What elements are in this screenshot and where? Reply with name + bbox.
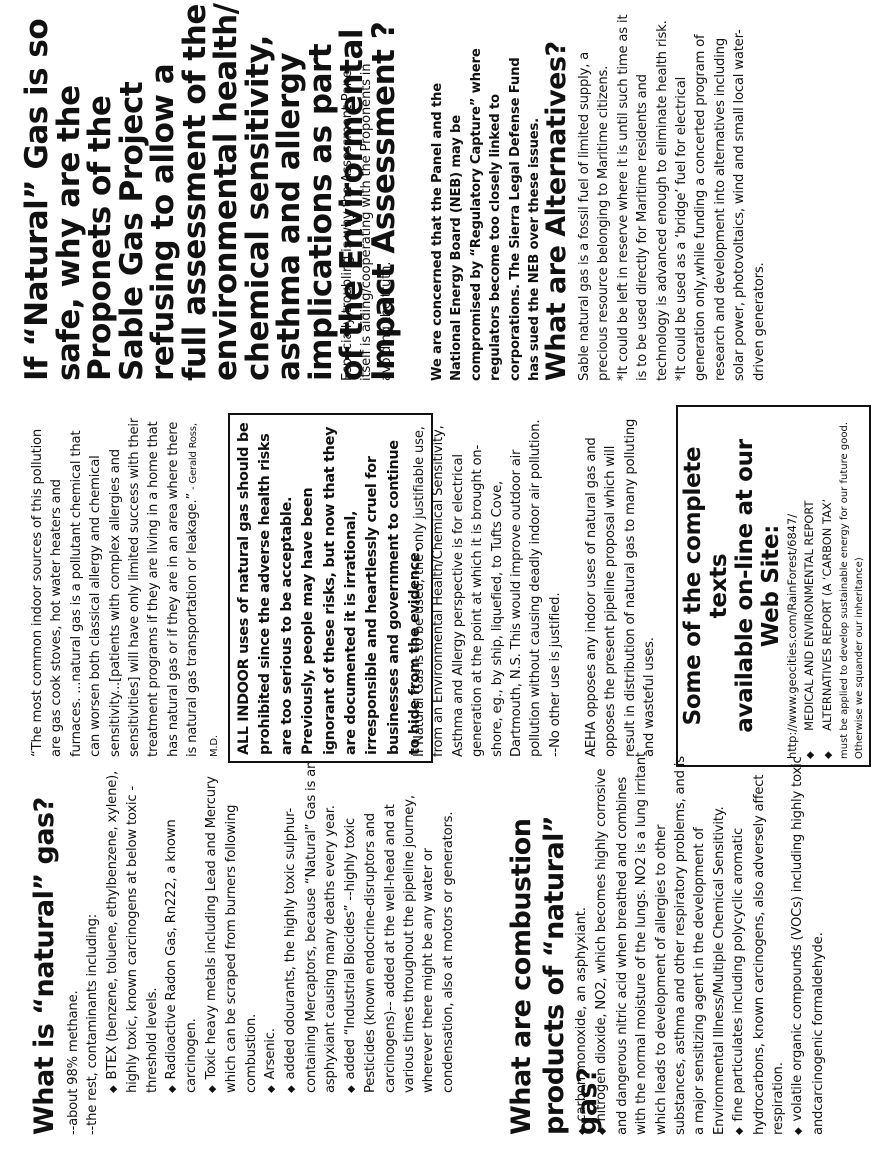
diamond-bullet-icon [802,745,816,759]
contaminant-item: Radioactive Radon Gas, Rn222, a known ca… [162,755,202,1135]
column-sable-project: If “Natural” Gas is so safe, why are the… [0,7,884,393]
website-info-box: Some of the complete textsavailable on-l… [676,405,871,767]
product-item: fine particulates including polycyclic a… [729,751,788,1135]
product-item: carbon monoxide, an asphyxiant. [572,751,592,1135]
alternatives-body: Sable natural gas is a fossil fuel of li… [575,11,769,381]
contaminant-item: added “Industrial Biocides” --highly tox… [341,755,458,1135]
regulatory-capture-paragraph: We are concerned that the Panel and the … [428,41,544,381]
heading-alternatives: What are Alternatives? [540,21,573,381]
diamond-bullet-icon [105,1080,120,1094]
alternatives-intro: Sable natural gas is a fossil fuel of li… [575,11,614,381]
diamond-bullet-icon [790,1122,805,1136]
justifiable-use-paragraph: If Natural Gas is to be used, the only j… [410,417,565,757]
diamond-bullet-icon [164,1080,179,1094]
alternative-point: *It could be used as a ‘bridge’ fuel for… [672,11,769,381]
aeha-position-paragraph: AEHA opposes any indoor uses of natural … [582,417,660,757]
website-url[interactable]: http://www.geocities.com/RainForest/6847… [784,413,801,759]
intro-list: --about 98% methane. --the rest, contami… [64,755,458,1135]
diamond-bullet-icon [343,1080,358,1094]
diamond-bullet-icon [283,1080,298,1094]
diamond-bullet-icon [820,745,834,759]
heading-what-is-natural-gas: What is “natural” gas? [28,755,61,1135]
products-list: carbon monoxide, an asphyxiant. nitrogen… [572,751,828,1135]
document-page: What is “natural” gas? --about 98% metha… [0,0,884,1159]
carbon-tax-note: must be applied to develop sustainable e… [837,413,867,759]
alternative-point: *It could be left in reserve where it is… [614,11,672,381]
diamond-bullet-icon [731,1122,746,1136]
contaminant-item: Toxic heavy metals including Lead and Me… [202,755,261,1135]
troubling-paragraph: Especially troubling is why the Assessme… [338,51,396,381]
report-item: ALTERNATIVES REPORT (A ‘CARBON TAX’ [819,413,837,759]
ross-quote: “The most common indoor sources of this … [28,417,224,757]
column-indoor-use: “The most common indoor sources of this … [0,407,884,769]
intro-line: --the rest, contaminants including: [83,755,102,1135]
indoor-use-warning-box: ALL INDOOR uses of natural gas should be… [228,413,433,763]
diamond-bullet-icon [204,1080,219,1094]
website-box-title: Some of the complete textsavailable on-l… [680,413,784,759]
diamond-bullet-icon [594,1122,609,1136]
diamond-bullet-icon [574,1122,589,1136]
contaminant-item: BTEX (benzene, toluene, ethylbenzene, xy… [103,755,162,1135]
intro-line: --about 98% methane. [64,755,83,1135]
product-item: nitrogen dioxide, NO2, which becomes hig… [592,751,729,1135]
product-item: volatile organic compounds (VOCs) includ… [788,751,828,1135]
column-what-is-natural-gas: What is “natural” gas? --about 98% metha… [0,757,884,1149]
diamond-bullet-icon [263,1080,278,1094]
contaminant-item: added odourants, the highly toxic sulphu… [281,755,340,1135]
contaminant-item: Arsenic. [261,755,281,1135]
indoor-use-warning-text: ALL INDOOR uses of natural gas should be… [234,421,427,755]
report-item: MEDICAL AND ENVIRONMENTAL REPORT [801,413,819,759]
